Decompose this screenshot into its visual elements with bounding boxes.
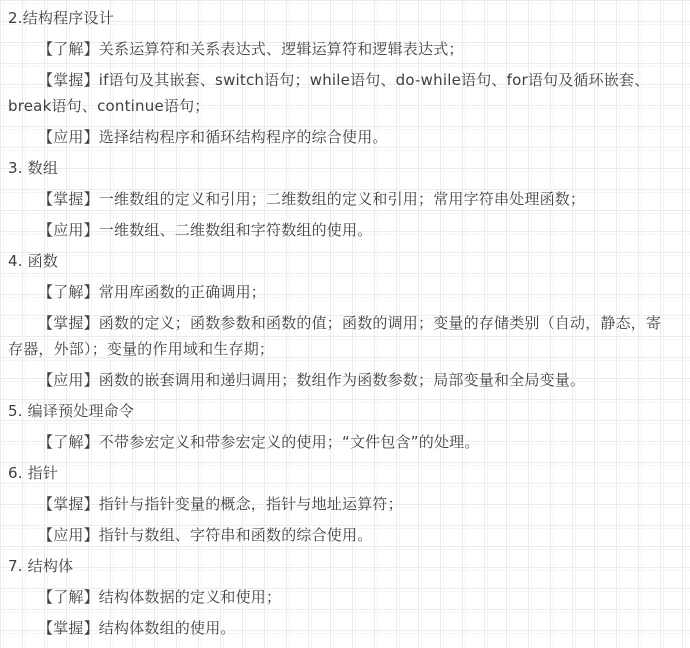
syllabus-item: 【应用】一维数组、二维数组和字符数组的使用。: [8, 217, 676, 243]
section-heading: 5. 编译预处理命令: [8, 398, 676, 424]
syllabus-item: 【掌握】if语句及其嵌套、switch语句；while语句、do-while语句…: [8, 67, 676, 119]
syllabus-item: 【应用】选择结构程序和循环结构程序的综合使用。: [8, 124, 676, 150]
syllabus-item: 【掌握】指针与指针变量的概念，指针与地址运算符；: [8, 491, 676, 517]
syllabus-item: 【掌握】一维数组的定义和引用；二维数组的定义和引用；常用字符串处理函数；: [8, 186, 676, 212]
syllabus-item: 【掌握】函数的定义；函数参数和函数的值；函数的调用；变量的存储类别（自动，静态，…: [8, 310, 676, 362]
section-heading: 7. 结构体: [8, 553, 676, 579]
section-heading: 3. 数组: [8, 155, 676, 181]
syllabus-item: 【应用】指针与数组、字符串和函数的综合使用。: [8, 522, 676, 548]
syllabus-text-body: 2.结构程序设计【了解】关系运算符和关系表达式、逻辑运算符和逻辑表达式；【掌握】…: [8, 5, 676, 641]
syllabus-item: 【了解】常用库函数的正确调用；: [8, 279, 676, 305]
document-page: 2.结构程序设计【了解】关系运算符和关系表达式、逻辑运算符和逻辑表达式；【掌握】…: [0, 0, 690, 648]
syllabus-item: 【了解】关系运算符和关系表达式、逻辑运算符和逻辑表达式；: [8, 36, 676, 62]
syllabus-item: 【掌握】结构体数组的使用。: [8, 615, 676, 641]
syllabus-item: 【了解】不带参宏定义和带参宏定义的使用；“文件包含”的处理。: [8, 429, 676, 455]
section-heading: 6. 指针: [8, 460, 676, 486]
syllabus-item: 【了解】结构体数据的定义和使用；: [8, 584, 676, 610]
section-heading: 4. 函数: [8, 248, 676, 274]
syllabus-item: 【应用】函数的嵌套调用和递归调用；数组作为函数参数；局部变量和全局变量。: [8, 367, 676, 393]
section-heading: 2.结构程序设计: [8, 5, 676, 31]
